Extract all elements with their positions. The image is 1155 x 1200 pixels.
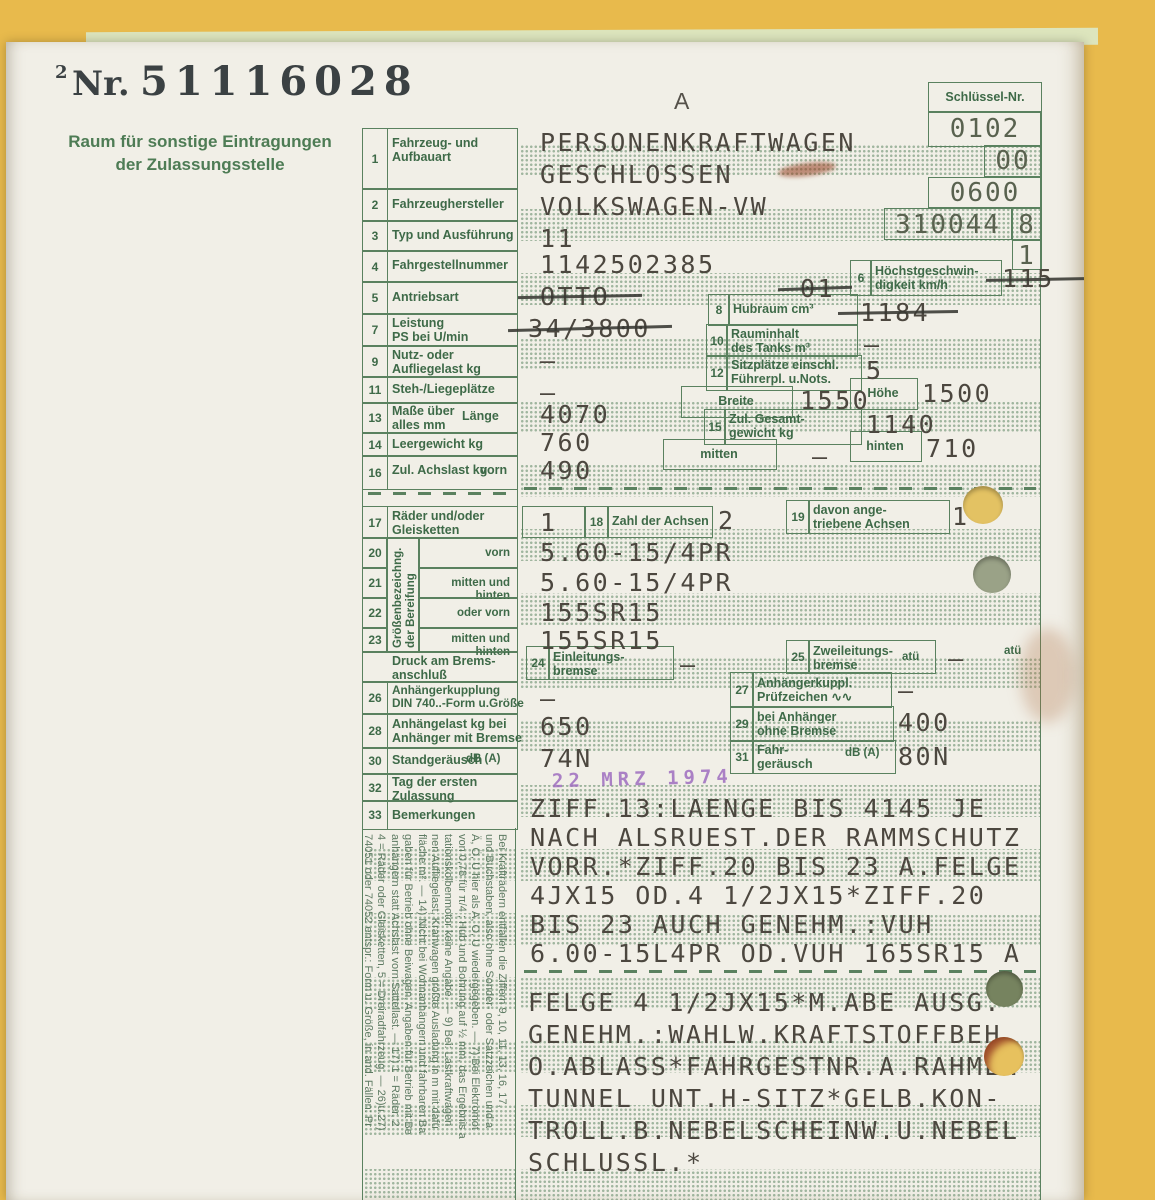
field-label-22: oder vorn xyxy=(420,607,510,620)
row-number-20: 20 xyxy=(362,537,388,569)
field-value-9: – xyxy=(540,348,558,374)
field-sublabel-13-length: Länge xyxy=(462,409,499,423)
paper-smudge xyxy=(1020,628,1075,723)
field-value-16-front: 490 xyxy=(540,458,593,484)
field-value-25: – xyxy=(948,646,966,672)
dashed-separator-remarks xyxy=(524,970,1036,973)
field-label-11: Steh-/Liegeplätze xyxy=(392,382,495,396)
field-label-33: Bemerkungen xyxy=(392,808,475,822)
footnote-line-4: von 0,78 für π/4 ; Hub und Bohrung auf ½… xyxy=(455,834,468,1139)
field-value-22: 155SR15 xyxy=(540,600,663,626)
punch-hole-2 xyxy=(973,556,1011,593)
field-label-16: Zul. Achslast kg xyxy=(392,463,487,477)
field-value-1a: PERSONENKRAFTWAGEN xyxy=(540,130,856,156)
key-header-box: Schlüssel-Nr. xyxy=(928,82,1042,112)
footnote-line-7: fläche m². — 14) Nicht bei Wohnanhängern… xyxy=(415,834,428,1133)
field-value-12: 5 xyxy=(866,358,884,384)
row-number-6: 6 xyxy=(850,260,872,296)
row-number-10: 10 xyxy=(706,324,728,357)
serial-superscript: 2 xyxy=(55,62,68,83)
field-sublabel-16-front: vorn xyxy=(480,463,507,477)
remark2-line-6: SCHLUSSL.* xyxy=(528,1150,704,1176)
field-value-16-rear: 710 xyxy=(926,436,979,462)
row-number-23: 23 xyxy=(362,627,388,653)
remark-line-1: ZIFF.13:LAENGE BIS 4145 JE xyxy=(530,796,986,822)
field-label-15: Zul. Gesamt- gewicht kg xyxy=(729,412,805,441)
field-value-21: 5.60-15/4PR xyxy=(540,570,733,596)
field-label-26: Anhängerkupplung DIN 740..-Form u.Größe xyxy=(392,684,524,711)
field-value-27: – xyxy=(898,678,916,704)
row-number-2: 2 xyxy=(362,188,388,222)
field-value-18: 2 xyxy=(718,508,736,534)
section-letter: A xyxy=(674,88,689,115)
serial-number: 51116028 xyxy=(140,58,419,105)
field-label-29: bei Anhänger ohne Bremse xyxy=(757,710,836,739)
row-number-28: 28 xyxy=(362,713,388,749)
footnote-line-2: und Buchstaben, also ohne Sonder- oder S… xyxy=(482,834,495,1128)
field-label-5: Antriebsart xyxy=(392,290,459,304)
field-label-4: Fahrgestellnummer xyxy=(392,258,508,272)
row-number-13: 13 xyxy=(362,402,388,434)
field-label-20: vorn xyxy=(420,547,510,560)
field-value-10: – xyxy=(864,332,882,358)
footnote-line-10: 4 = Räder oder Gleisketten, 5 = Dreiradf… xyxy=(374,834,387,1131)
row-number-14: 14 xyxy=(362,432,388,457)
field-label-17: Räder und/oder Gleisketten xyxy=(392,509,484,538)
field-value-20: 5.60-15/4PR xyxy=(540,540,733,566)
field-sublabel-16-middle: mitten xyxy=(663,447,775,461)
field-value-13-width: 1550 xyxy=(800,388,870,414)
field-label-12: Sitzplätze einschl. Führerpl. u.Nots. xyxy=(731,358,839,387)
serial-prefix: Nr. xyxy=(72,64,130,104)
field-label-9: Nutz- oder Aufliegelast kg xyxy=(392,348,481,377)
remark2-line-5: TROLL.B.NEBELSCHEINW.U.NEBEL xyxy=(528,1118,1019,1144)
footnote-line-8: gaben für Betrieb ohne Beiwagen, Angaben… xyxy=(401,834,414,1135)
row-number-19: 19 xyxy=(786,500,810,534)
footnote-line-11: 74051 oder 74052 entspr.: Form u. Größe,… xyxy=(361,834,374,1127)
field-label-28: Anhängelast kg bei Anhänger mit Bremse xyxy=(392,717,522,746)
punch-hole-3 xyxy=(986,971,1023,1007)
row-number-3: 3 xyxy=(362,220,388,252)
key-value-3b: 8 xyxy=(1012,208,1042,240)
remark-line-3: VORR.*ZIFF.20 BIS 23 A.FELGE xyxy=(530,854,1021,880)
field-value-31: 80N xyxy=(898,744,951,770)
field-unit-30: dB (A) xyxy=(466,754,501,766)
key-value-1: 0102 xyxy=(928,112,1042,147)
row-number-21: 21 xyxy=(362,567,388,599)
row-number-26: 26 xyxy=(362,681,388,715)
field-unit-31: dB (A) xyxy=(845,748,880,760)
field-label-3: Typ und Ausführung xyxy=(392,228,514,242)
field-label-27: Anhängerkuppl. Prüfzeichen ∿∿ xyxy=(757,676,852,705)
row-number-7: 7 xyxy=(362,313,388,347)
key-value-3: 310044 xyxy=(884,208,1012,240)
field-label-6: Höchstgeschwin- digkeit km/h xyxy=(875,264,979,293)
remark2-line-4: TUNNEL UNT.H-SITZ*GELB.KON- xyxy=(528,1086,1002,1112)
field-label-2: Fahrzeughersteller xyxy=(392,197,504,211)
field-label-8: Hubraum cm³ xyxy=(733,302,814,316)
field-label-1: Fahrzeug- und Aufbauart xyxy=(392,136,478,165)
field-value-30: 74N xyxy=(540,746,593,772)
footnote-line-5: tationskolbenmotor keine Angabe. — 9) Be… xyxy=(441,834,454,1126)
footnote-line-3: Ä, Ö, Ü hier als A, O, U wiedergegeben. … xyxy=(468,834,481,1130)
field-sublabel-13-width: Breite xyxy=(681,394,791,408)
remark-line-4: 4JX15 OD.4 1/2JX15*ZIFF.20 xyxy=(530,883,986,909)
field-label-31: Fahr- geräusch xyxy=(757,743,813,772)
key-value-1b: 00 xyxy=(984,145,1042,177)
field-label-13: Maße über alles mm xyxy=(392,404,455,433)
field-unit-25: atü xyxy=(1004,646,1021,658)
field-label-10: Rauminhalt des Tanks m³ xyxy=(731,327,810,356)
field-sublabel-16-rear: hinten xyxy=(850,439,920,453)
first-registration-stamp: 22 MRZ 1974 xyxy=(552,768,733,792)
row-number-18: 18 xyxy=(584,506,609,538)
brake-connection-label: Druck am Brems- anschluß xyxy=(392,654,496,683)
field-value-13-length: 4070 xyxy=(540,402,610,428)
dashed-separator-left xyxy=(368,492,512,495)
tire-section-label: Größenbezeichng. der Bereifung xyxy=(392,548,418,648)
field-label-18: Zahl der Achsen xyxy=(612,514,709,528)
row-number-16: 16 xyxy=(362,455,388,490)
field-value-2: VOLKSWAGEN-VW xyxy=(540,194,768,220)
field-value-14: 760 xyxy=(540,430,593,456)
field-label-25: Zweileitungs- bremse xyxy=(813,644,893,673)
field-label-19: davon ange- triebene Achsen xyxy=(813,503,910,532)
row-number-4: 4 xyxy=(362,250,388,283)
field-value-23: 155SR15 xyxy=(540,628,663,654)
row-number-27: 27 xyxy=(730,672,754,708)
footnote-line-9: anhängern statt Achslast vorn Sattellast… xyxy=(388,834,401,1127)
field-value-13-height: 1500 xyxy=(922,381,992,407)
remark-line-5: BIS 23 AUCH GENEHM.:VUH xyxy=(530,912,934,938)
remark2-line-2: GENEHM.:WAHLW.KRAFTSTOFFBEH. xyxy=(528,1022,1019,1048)
field-value-26: – xyxy=(540,686,558,712)
row-number-11: 11 xyxy=(362,376,388,404)
field-label-7: Leistung PS bei U/min xyxy=(392,316,468,345)
row-number-8: 8 xyxy=(708,294,730,326)
field-label-14: Leergewicht kg xyxy=(392,437,483,451)
key-header-label: Schlüssel-Nr. xyxy=(929,83,1041,104)
field-value-24: – xyxy=(680,652,698,678)
row-number-25: 25 xyxy=(786,640,810,674)
field-value-29: 400 xyxy=(898,710,951,736)
footnote-line-6: nen Aufliegelast, Kranwagen größte Ausla… xyxy=(428,834,441,1129)
remark2-line-3: O.ABLASS*FAHRGESTNR.A.RAHMEN xyxy=(528,1054,1019,1080)
field-value-28: 650 xyxy=(540,714,593,740)
registration-office-note: Raum für sonstige Eintragungen der Zulas… xyxy=(50,131,350,177)
punch-hole-4 xyxy=(984,1037,1024,1076)
field-value-1b: GESCHLOSSEN xyxy=(540,162,733,188)
row-number-9: 9 xyxy=(362,345,388,378)
row-number-29: 29 xyxy=(730,706,754,742)
row-number-33: 33 xyxy=(362,800,388,830)
row-number-22: 22 xyxy=(362,597,388,629)
row-number-1: 1 xyxy=(362,128,388,190)
field-value-3: 11 xyxy=(540,226,575,252)
scan-background: 2 Nr. 51116028 Raum für sonstige Eintrag… xyxy=(0,0,1155,1200)
row-number-30: 30 xyxy=(362,747,388,775)
remark2-line-1: FELGE 4 1/2JX15*M.ABE AUSG. xyxy=(528,990,1002,1016)
row-number-31: 31 xyxy=(730,740,754,774)
key-value-2: 0600 xyxy=(928,177,1042,208)
row-number-17: 17 xyxy=(362,506,388,539)
remark-line-6: 6.00-15L4PR OD.VUH 165SR15 A xyxy=(530,941,1021,967)
field-value-17: 1 xyxy=(540,510,558,536)
field-value-4: 1142502385 xyxy=(540,252,716,278)
punch-hole-1 xyxy=(963,486,1003,524)
dashed-separator-value xyxy=(524,487,1036,490)
footnote-line-1: Bei Krafträdern entfallen die Ziffern 9,… xyxy=(495,834,508,1108)
frame-mid-lower xyxy=(515,828,516,1200)
row-number-32: 32 xyxy=(362,773,388,802)
field-value-16-middle: – xyxy=(812,444,830,470)
row-number-5: 5 xyxy=(362,281,388,315)
remark-line-2: NACH ALSRUEST.DER RAMMSCHUTZ xyxy=(530,825,1021,851)
